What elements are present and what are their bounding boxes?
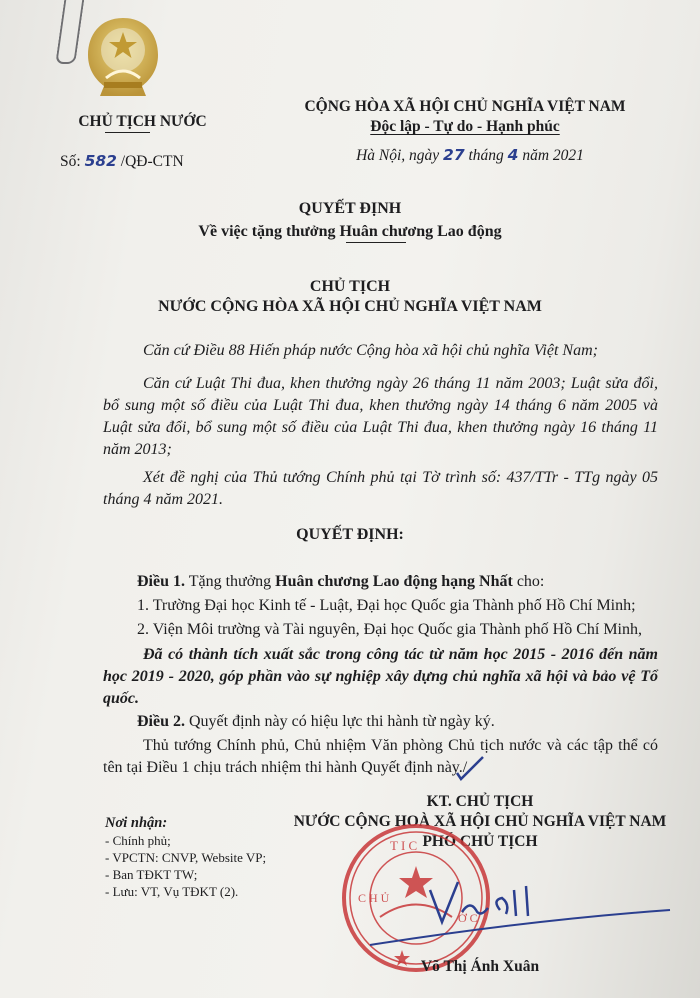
recipient-1: 1. Trường Đại học Kinh tế - Luật, Đại họ… [137, 594, 677, 618]
handwritten-signature [330, 860, 690, 970]
preamble-3: Xét đề nghị của Thủ tướng Chính phủ tại … [103, 467, 658, 511]
signer-name: Võ Thị Ánh Xuân [285, 958, 675, 976]
national-emblem-icon [80, 10, 166, 100]
issuer-title: CHỦ TỊCH [0, 278, 700, 296]
checkmark-icon [455, 755, 485, 781]
nation-name: CỘNG HÒA XÃ HỘI CHỦ NGHĨA VIỆT NAM [300, 98, 630, 116]
handwritten-number: 582 [85, 152, 117, 170]
preamble-1: Căn cứ Điều 88 Hiến pháp nước Cộng hòa x… [103, 340, 658, 362]
distribution-item: - VPCTN: CNVP, Website VP; [105, 849, 266, 866]
distribution-list: Nơi nhận: - Chính phủ; - VPCTN: CNVP, We… [105, 815, 266, 900]
recipient-2: 2. Viện Môi trường và Tài nguyên, Đại họ… [137, 618, 677, 642]
article-2: Điều 2. Quyết định này có hiệu lực thi h… [137, 710, 677, 734]
svg-text:T I C: T I C [390, 838, 417, 853]
achievement-statement: Đã có thành tích xuất sắc trong công tác… [103, 644, 658, 710]
agency-underline [105, 132, 150, 133]
distribution-item: - Lưu: VT, Vụ TĐKT (2). [105, 883, 266, 900]
document-subtitle: Về việc tặng thưởng Huân chương Lao động [0, 223, 700, 241]
distribution-item: - Ban TĐKT TW; [105, 866, 266, 883]
distribution-item: - Chính phủ; [105, 832, 266, 849]
issuing-agency: CHỦ TỊCH NƯỚC [60, 113, 225, 131]
document-title: QUYẾT ĐỊNH [0, 200, 700, 218]
document-number: Số: 582 /QĐ-CTN [60, 152, 184, 171]
responsibility-clause: Thủ tướng Chính phủ, Chủ nhiệm Văn phòng… [103, 735, 658, 779]
national-motto: Độc lập - Tự do - Hạnh phúc [300, 118, 630, 136]
subtitle-underline [346, 242, 406, 243]
issuer-country: NƯỚC CỘNG HÒA XÃ HỘI CHỦ NGHĨA VIỆT NAM [0, 298, 700, 316]
issue-date: Hà Nội, ngày 27 tháng 4 năm 2021 [310, 146, 630, 165]
signature-authority: KT. CHỦ TỊCH [285, 793, 675, 811]
article-1: Điều 1. Tặng thưởng Huân chương Lao động… [137, 570, 677, 594]
decision-heading: QUYẾT ĐỊNH: [0, 526, 700, 544]
preamble-2: Căn cứ Luật Thi đua, khen thưởng ngày 26… [103, 373, 658, 461]
